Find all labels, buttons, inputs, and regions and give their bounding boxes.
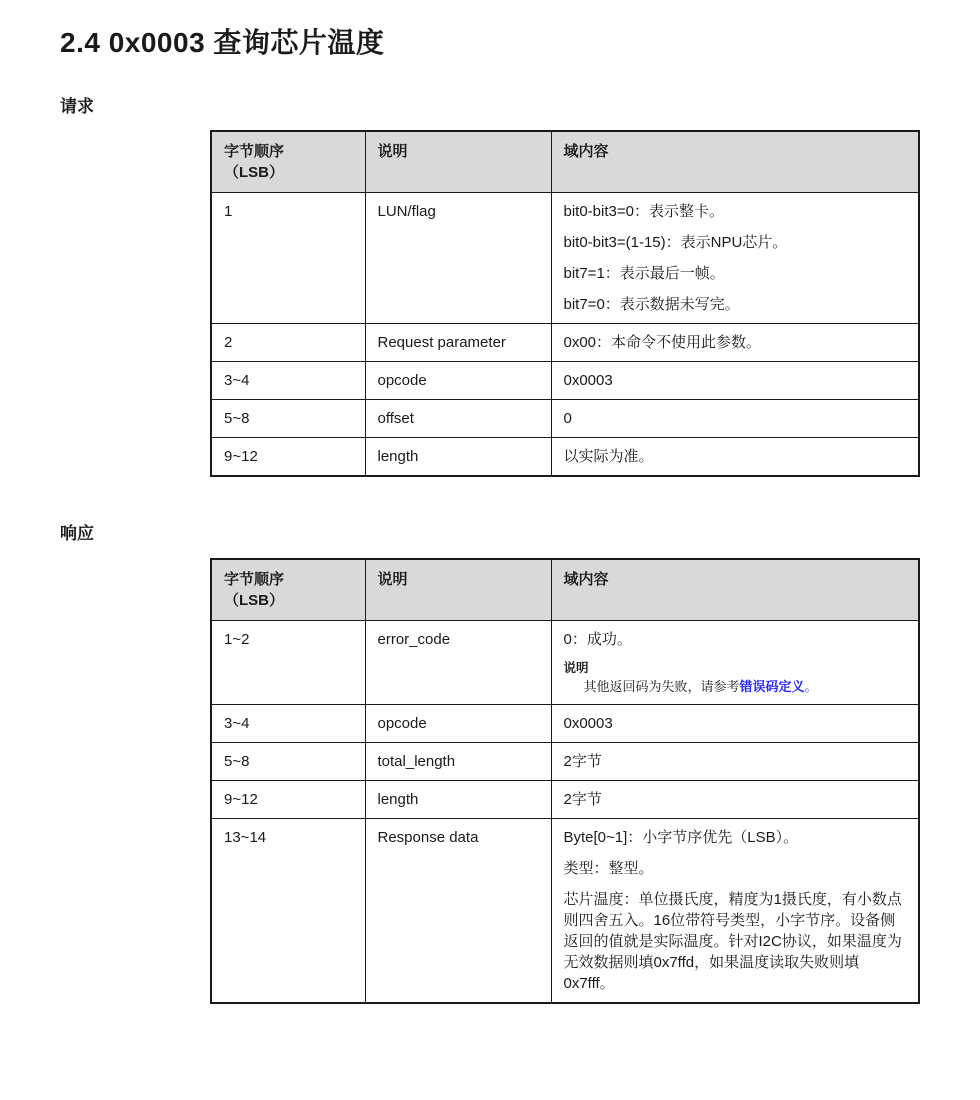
cell-field-content: 0x00：本命令不使用此参数。 xyxy=(551,323,919,361)
table-row: 13~14Response dataByte[0~1]：小字节序优先（LSB）。… xyxy=(211,818,919,1003)
cell-byte-order: 13~14 xyxy=(211,818,365,1003)
cell-description: Request parameter xyxy=(365,323,551,361)
response-table: 字节顺序 （LSB） 说明 域内容 1~2error_code0：成功。说明其他… xyxy=(210,558,920,1004)
column-header-field-content: 域内容 xyxy=(551,131,919,193)
note-label: 说明 xyxy=(564,660,907,676)
cell-description: opcode xyxy=(365,704,551,742)
content-paragraph: 0：成功。 xyxy=(564,629,907,650)
table-row: 3~4opcode0x0003 xyxy=(211,704,919,742)
column-header-field-content: 域内容 xyxy=(551,559,919,621)
content-paragraph: bit7=0：表示数据未写完。 xyxy=(564,294,907,315)
page-title: 2.4 0x0003 查询芯片温度 xyxy=(60,26,980,60)
request-table-header-row: 字节顺序 （LSB） 说明 域内容 xyxy=(211,131,919,193)
content-paragraph: 0 xyxy=(564,408,907,429)
document-page: 2.4 0x0003 查询芯片温度 请求 字节顺序 （LSB） 说明 域内容 1… xyxy=(0,0,980,1004)
content-paragraph: Byte[0~1]：小字节序优先（LSB）。 xyxy=(564,827,907,848)
cell-byte-order: 2 xyxy=(211,323,365,361)
content-paragraph: bit7=1：表示最后一帧。 xyxy=(564,263,907,284)
cell-field-content: 0：成功。说明其他返回码为失败，请参考错误码定义。 xyxy=(551,620,919,704)
cell-description: total_length xyxy=(365,742,551,780)
cell-description: length xyxy=(365,437,551,476)
cell-byte-order: 3~4 xyxy=(211,704,365,742)
cell-field-content: bit0-bit3=0：表示整卡。bit0-bit3=(1-15)：表示NPU芯… xyxy=(551,192,919,323)
cell-byte-order: 5~8 xyxy=(211,742,365,780)
cell-description: Response data xyxy=(365,818,551,1003)
error-code-definition-link[interactable]: 错误码定义 xyxy=(740,679,805,694)
table-row: 5~8total_length2字节 xyxy=(211,742,919,780)
column-header-byte-order: 字节顺序 （LSB） xyxy=(211,131,365,193)
table-row: 9~12length以实际为准。 xyxy=(211,437,919,476)
cell-field-content: 2字节 xyxy=(551,780,919,818)
response-table-header-row: 字节顺序 （LSB） 说明 域内容 xyxy=(211,559,919,621)
request-section-label: 请求 xyxy=(60,96,980,118)
content-paragraph: 以实际为准。 xyxy=(564,446,907,467)
note-link-suffix: 。 xyxy=(805,679,818,694)
cell-field-content: 0x0003 xyxy=(551,361,919,399)
column-header-byte-order: 字节顺序 （LSB） xyxy=(211,559,365,621)
note-text: 其他返回码为失败，请参考 xyxy=(584,679,740,694)
request-table: 字节顺序 （LSB） 说明 域内容 1LUN/flagbit0-bit3=0：表… xyxy=(210,130,920,477)
cell-byte-order: 9~12 xyxy=(211,437,365,476)
column-header-description: 说明 xyxy=(365,559,551,621)
table-row: 5~8offset0 xyxy=(211,399,919,437)
cell-description: opcode xyxy=(365,361,551,399)
content-paragraph: bit0-bit3=0：表示整卡。 xyxy=(564,201,907,222)
content-paragraph: 0x0003 xyxy=(564,370,907,391)
content-paragraph: 2字节 xyxy=(564,751,907,772)
note-body: 其他返回码为失败，请参考错误码定义。 xyxy=(564,678,907,696)
table-row: 1LUN/flagbit0-bit3=0：表示整卡。bit0-bit3=(1-1… xyxy=(211,192,919,323)
cell-byte-order: 3~4 xyxy=(211,361,365,399)
cell-byte-order: 1~2 xyxy=(211,620,365,704)
cell-byte-order: 9~12 xyxy=(211,780,365,818)
cell-description: length xyxy=(365,780,551,818)
column-header-byte-order-line2: （LSB） xyxy=(224,164,284,181)
cell-byte-order: 1 xyxy=(211,192,365,323)
column-header-byte-order-line1: 字节顺序 xyxy=(224,143,284,160)
content-paragraph: 芯片温度：单位摄氏度，精度为1摄氏度，有小数点则四舍五入。16位带符号类型，小字… xyxy=(564,889,907,994)
cell-field-content: 以实际为准。 xyxy=(551,437,919,476)
cell-description: error_code xyxy=(365,620,551,704)
table-row: 9~12length2字节 xyxy=(211,780,919,818)
table-row: 2Request parameter0x00：本命令不使用此参数。 xyxy=(211,323,919,361)
table-row: 3~4opcode0x0003 xyxy=(211,361,919,399)
content-paragraph: 2字节 xyxy=(564,789,907,810)
content-paragraph: 类型：整型。 xyxy=(564,858,907,879)
content-paragraph: bit0-bit3=(1-15)：表示NPU芯片。 xyxy=(564,232,907,253)
table-row: 1~2error_code0：成功。说明其他返回码为失败，请参考错误码定义。 xyxy=(211,620,919,704)
cell-byte-order: 5~8 xyxy=(211,399,365,437)
cell-description: offset xyxy=(365,399,551,437)
cell-description: LUN/flag xyxy=(365,192,551,323)
column-header-byte-order-line2: （LSB） xyxy=(224,592,284,609)
cell-field-content: 2字节 xyxy=(551,742,919,780)
cell-field-content: Byte[0~1]：小字节序优先（LSB）。类型：整型。芯片温度：单位摄氏度，精… xyxy=(551,818,919,1003)
response-section-label: 响应 xyxy=(60,523,980,545)
cell-field-content: 0 xyxy=(551,399,919,437)
cell-field-content: 0x0003 xyxy=(551,704,919,742)
column-header-byte-order-line1: 字节顺序 xyxy=(224,571,284,588)
content-paragraph: 0x00：本命令不使用此参数。 xyxy=(564,332,907,353)
column-header-description: 说明 xyxy=(365,131,551,193)
content-paragraph: 0x0003 xyxy=(564,713,907,734)
